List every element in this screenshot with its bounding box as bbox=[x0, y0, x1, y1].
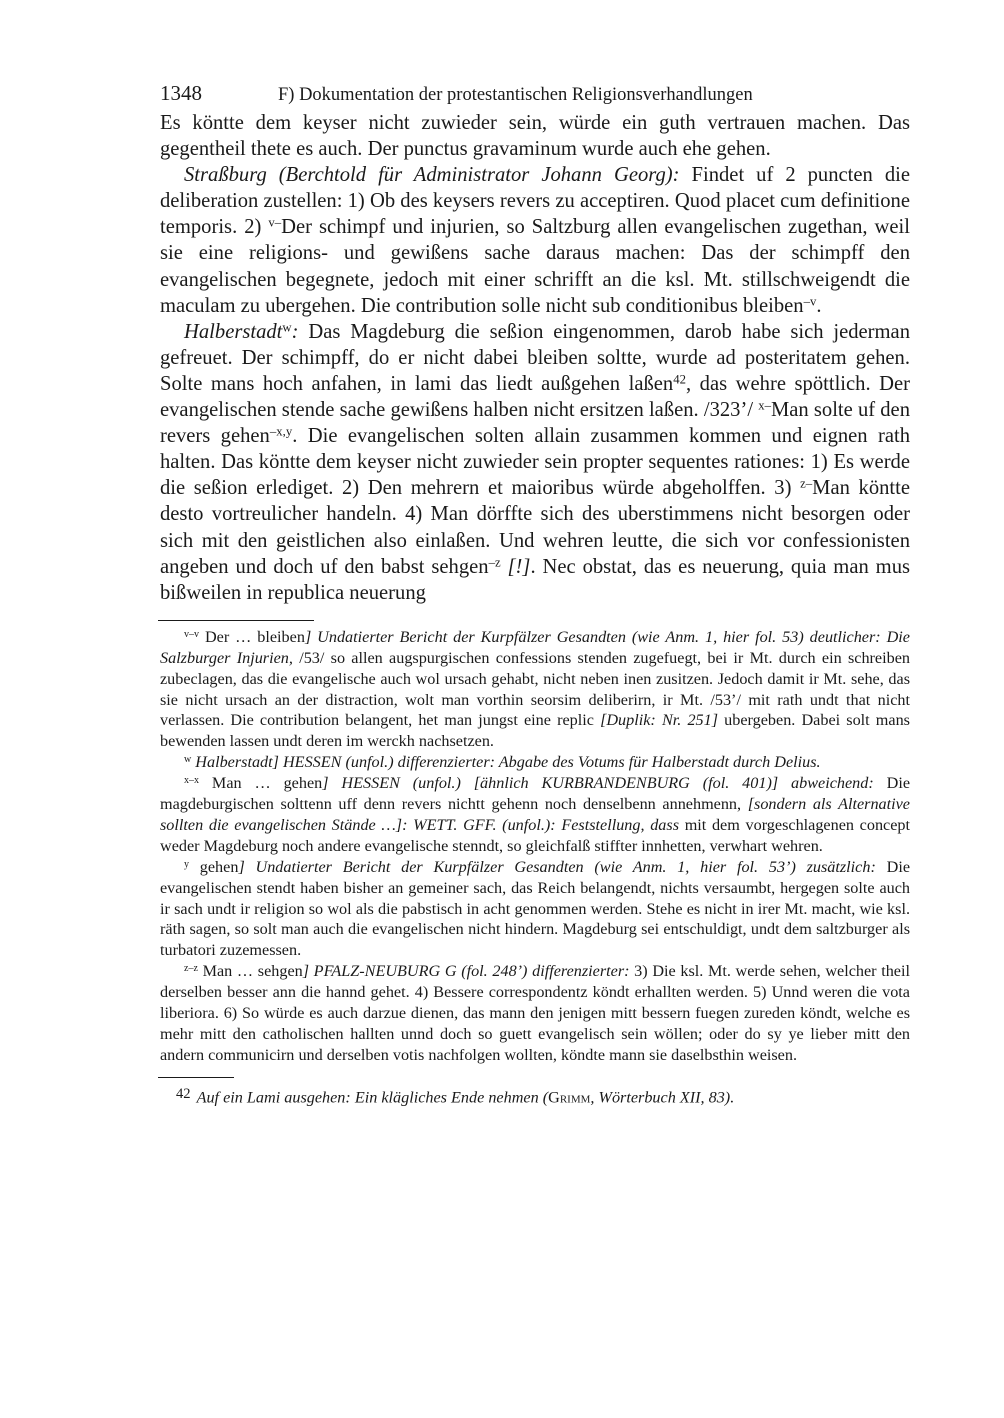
paragraph-continuation: Es köntte dem keyser nicht zuwieder sein… bbox=[160, 110, 910, 162]
critical-apparatus: v–v Der … bleiben] Undatierter Bericht d… bbox=[160, 627, 910, 1066]
speaker-strassburg: Straßburg (Berchtold für Administrator J… bbox=[184, 164, 680, 186]
paragraph-halberstadt: Halberstadtw: Das Magdeburg die seßion e… bbox=[160, 319, 910, 606]
variant-mark-x-open: x– bbox=[758, 399, 771, 413]
main-text: Es köntte dem keyser nicht zuwieder sein… bbox=[160, 110, 910, 606]
critical-note-v: v–v Der … bleiben] Undatierter Bericht d… bbox=[160, 627, 910, 752]
running-head: 1348F) Dokumentation der protestantische… bbox=[160, 78, 910, 108]
critical-note-w: w Halberstadt] HESSEN (unfol.) differenz… bbox=[160, 752, 910, 773]
footnotes: 42Auf ein Lami ausgehen: Ein klägliches … bbox=[160, 1084, 910, 1108]
critical-note-y: y gehen] Undatierter Bericht der Kurpfäl… bbox=[160, 857, 910, 962]
sic-marker: [!] bbox=[501, 556, 531, 578]
variant-mark-z-open: z– bbox=[800, 477, 812, 491]
variant-mark-w: w bbox=[282, 320, 291, 334]
footnote-ref-42[interactable]: 42 bbox=[673, 373, 686, 387]
variant-mark-v-open: v– bbox=[268, 216, 281, 230]
running-title: F) Dokumentation der protestantischen Re… bbox=[278, 85, 753, 105]
paragraph-strassburg: Straßburg (Berchtold für Administrator J… bbox=[160, 162, 910, 319]
footnote-rule bbox=[158, 1077, 234, 1078]
page-number: 1348 bbox=[160, 78, 278, 108]
critical-note-x: x–x Man … gehen] HESSEN (unfol.) [ähnlic… bbox=[160, 773, 910, 857]
author-grimm: Grimm bbox=[548, 1088, 590, 1106]
variant-mark-z-close: –z bbox=[489, 555, 501, 569]
footnote-42: 42Auf ein Lami ausgehen: Ein klägliches … bbox=[160, 1084, 910, 1108]
variant-mark-v-close: –v bbox=[804, 294, 817, 308]
speaker-halberstadt: Halberstadt bbox=[184, 321, 282, 343]
critical-apparatus-rule bbox=[158, 620, 314, 621]
critical-note-z: z–z Man … sehgen] PFALZ-NEUBURG G (fol. … bbox=[160, 961, 910, 1066]
page: 1348F) Dokumentation der protestantische… bbox=[160, 78, 910, 1108]
variant-mark-x-y: –x,y bbox=[270, 425, 292, 439]
